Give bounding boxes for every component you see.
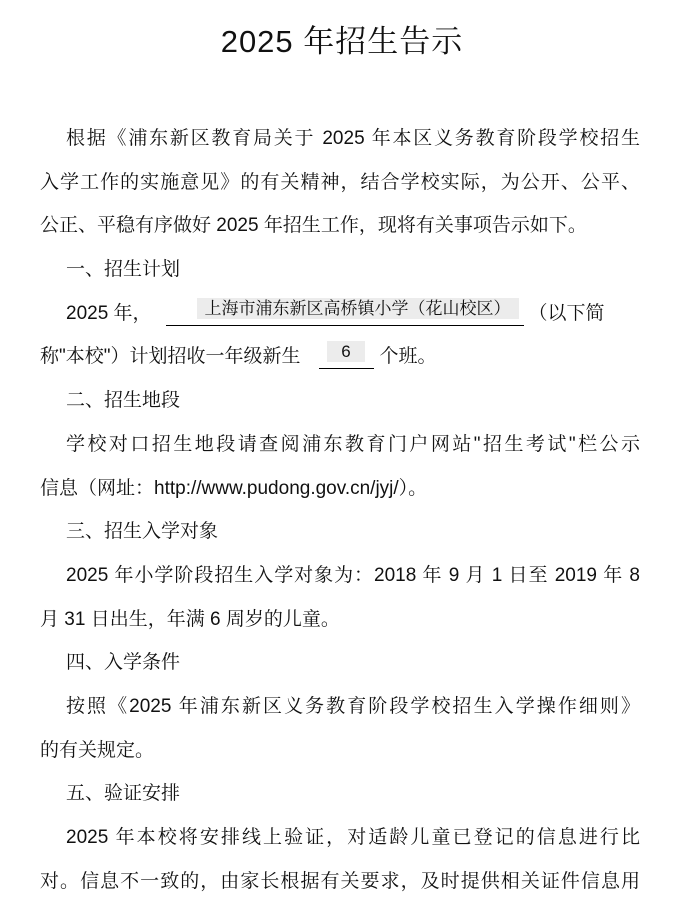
intro-line-3: 公正、平稳有序做好 2025 年招生工作，现将有关事项告示如下。 xyxy=(40,204,640,248)
line-1-suffix-text: （以下简 xyxy=(529,303,605,324)
class-count-suffix-text: 个班。 xyxy=(380,346,437,367)
class-count-value: 6 xyxy=(327,341,364,362)
intro-line-1: 根据《浦东新区教育局关于 2025 年本区义务教育阶段学校招生 xyxy=(40,117,640,161)
school-name-value: 上海市浦东新区高桥镇小学（花山校区） xyxy=(197,298,519,319)
section-2-line-2: 信息（网址：http://www.pudong.gov.cn/jyj/）。 xyxy=(40,467,640,511)
section-4-heading: 四、入学条件 xyxy=(40,641,640,685)
section-5-heading: 五、验证安排 xyxy=(40,772,640,816)
section-3-heading: 三、招生入学对象 xyxy=(40,510,640,554)
section-2-line-1: 学校对口招生地段请查阅浦东教育门户网站"招生考试"栏公示 xyxy=(40,423,640,467)
section-5-line-2: 对。信息不一致的，由家长根据有关要求，及时提供相关证件信息用 xyxy=(40,860,640,904)
section-3-line-2: 月 31 日出生，年满 6 周岁的儿童。 xyxy=(40,598,640,642)
section-4-line-2: 的有关规定。 xyxy=(40,729,640,773)
section-5-line-1: 2025 年本校将安排线上验证，对适龄儿童已登记的信息进行比 xyxy=(40,816,640,860)
document-body: 根据《浦东新区教育局关于 2025 年本区义务教育阶段学校招生 入学工作的实施意… xyxy=(40,117,640,903)
intro-line-2: 入学工作的实施意见》的有关精神，结合学校实际，为公开、公平、 xyxy=(40,161,640,205)
section-4-line-1: 按照《2025 年浦东新区义务教育阶段学校招生入学操作细则》 xyxy=(40,685,640,729)
year-prefix-text: 2025 年， xyxy=(66,303,152,324)
section-1-heading: 一、招生计划 xyxy=(40,248,640,292)
section-1-line-2: 称"本校"）计划招收一年级新生6个班。 xyxy=(40,335,640,379)
school-name-field: 上海市浦东新区高桥镇小学（花山校区） xyxy=(166,299,524,326)
section-1-line-1: 2025 年，上海市浦东新区高桥镇小学（花山校区）（以下简 xyxy=(40,292,640,336)
class-count-field: 6 xyxy=(319,346,374,369)
section-2-heading: 二、招生地段 xyxy=(40,379,640,423)
class-count-prefix-text: 称"本校"）计划招收一年级新生 xyxy=(40,346,301,367)
page-title: 2025 年招生告示 xyxy=(0,20,684,64)
section-3-line-1: 2025 年小学阶段招生入学对象为：2018 年 9 月 1 日至 2019 年… xyxy=(40,554,640,598)
document-page: 2025 年招生告示 根据《浦东新区教育局关于 2025 年本区义务教育阶段学校… xyxy=(0,0,684,911)
